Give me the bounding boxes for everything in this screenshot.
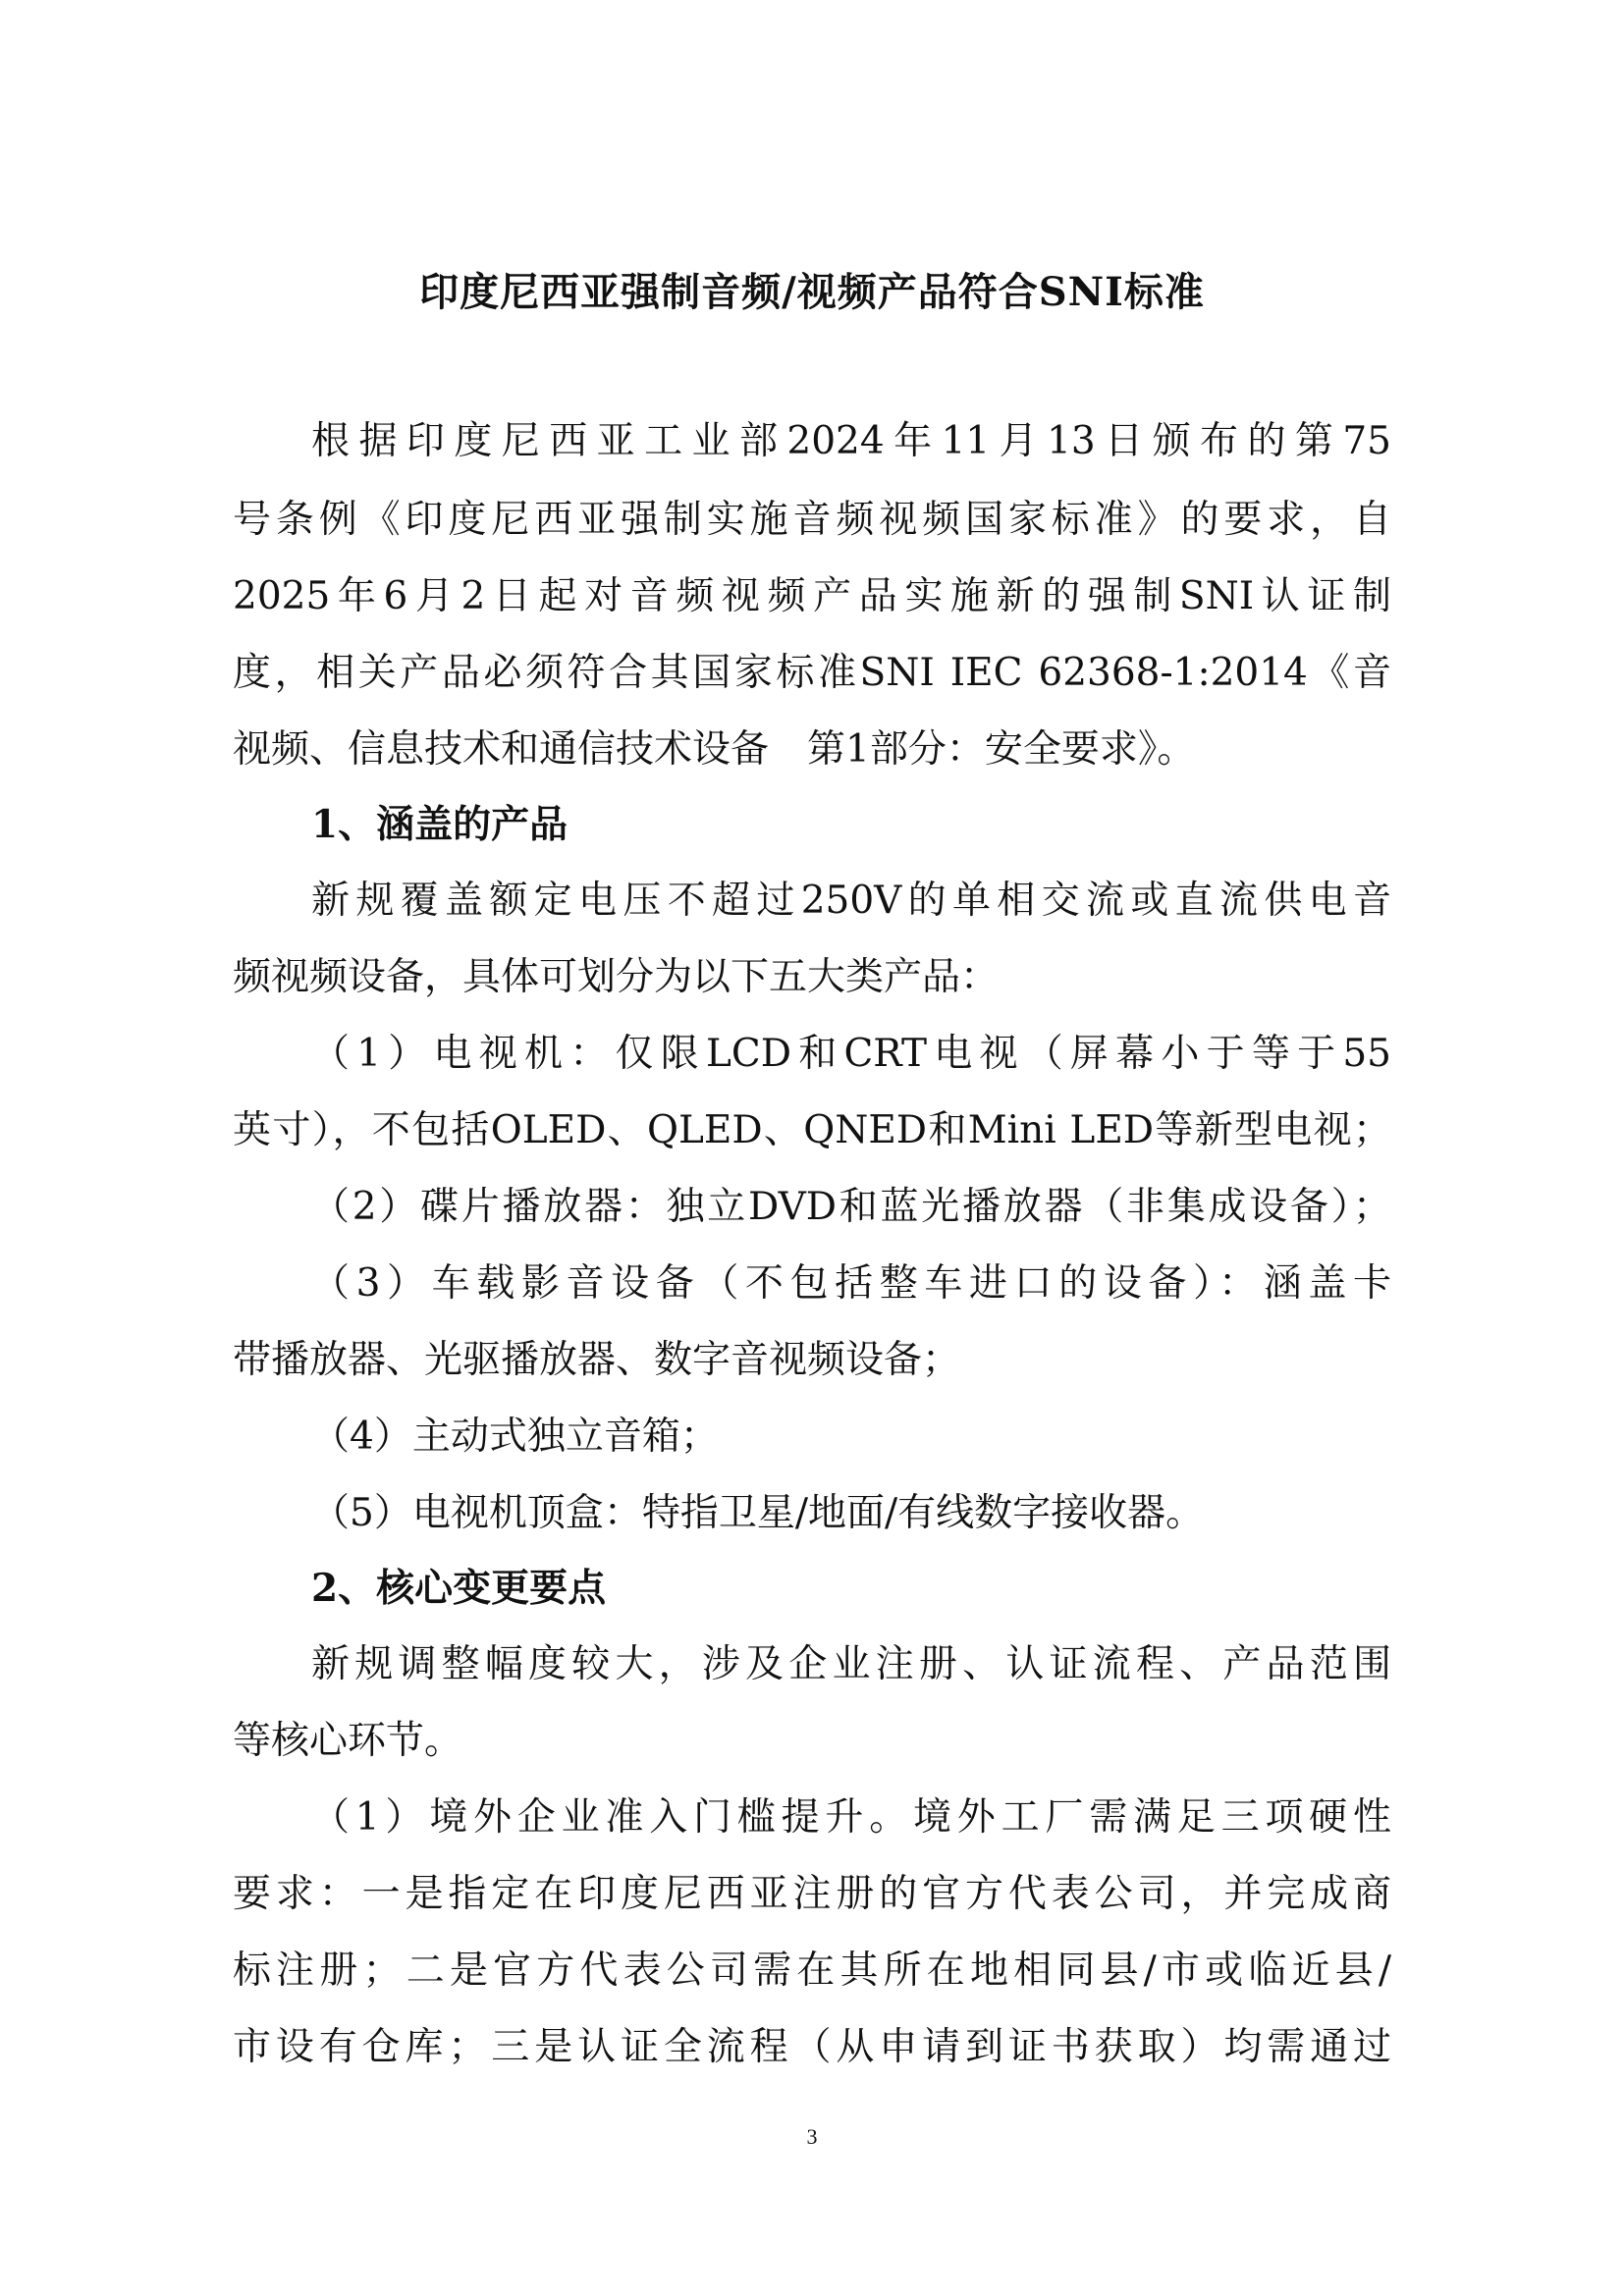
paragraph-line: 标注册；二是官方代表公司需在其所在地相同县/市或临近县/ bbox=[233, 1944, 1391, 1999]
paragraph-line: 等核心环节。 bbox=[233, 1714, 1391, 1769]
list-item-line: 英寸），不包括OLED、QLED、QNED和Mini LED等新型电视； bbox=[233, 1103, 1391, 1158]
paragraph-line: 2025年6月2日起对音频视频产品实施新的强制SNI认证制 bbox=[233, 569, 1391, 624]
paragraph-line: （1）境外企业准入门槛提升。境外工厂需满足三项硬性 bbox=[311, 1790, 1391, 1845]
paragraph-line: 要求：一是指定在印度尼西亚注册的官方代表公司，并完成商 bbox=[233, 1867, 1391, 1922]
list-item-line: （4）主动式独立音箱； bbox=[311, 1410, 1391, 1465]
paragraph-line: 市设有仓库；三是认证全流程（从申请到证书获取）均需通过 bbox=[233, 2020, 1391, 2075]
list-item-line: 带播放器、光驱播放器、数字音视频设备； bbox=[233, 1333, 1391, 1388]
paragraph-line: 根据印度尼西亚工业部2024年11月13日颁布的第75 bbox=[311, 414, 1391, 469]
document-page: 印度尼西亚强制音频/视频产品符合SNI标准 根据印度尼西亚工业部2024年11月… bbox=[0, 0, 1624, 2296]
list-item-line: （3）车载影音设备（不包括整车进口的设备）：涵盖卡 bbox=[311, 1256, 1391, 1311]
section-heading-core-changes: 2、核心变更要点 bbox=[311, 1561, 1391, 1616]
paragraph-line: 新规调整幅度较大，涉及企业注册、认证流程、产品范围 bbox=[311, 1637, 1391, 1692]
paragraph-line: 度，相关产品必须符合其国家标准SNI IEC 62368-1:2014《音 bbox=[233, 646, 1391, 701]
page-number: 3 bbox=[0, 2122, 1624, 2152]
list-item-line: （1）电视机：仅限LCD和CRT电视（屏幕小于等于55 bbox=[311, 1027, 1391, 1082]
section-heading-covered-products: 1、涵盖的产品 bbox=[311, 797, 1391, 852]
paragraph-line: 视频、信息技术和通信技术设备 第1部分：安全要求》。 bbox=[233, 722, 1391, 777]
list-item-line: （5）电视机顶盒：特指卫星/地面/有线数字接收器。 bbox=[311, 1486, 1391, 1541]
paragraph-line: 新规覆盖额定电压不超过250V的单相交流或直流供电音 bbox=[311, 874, 1391, 929]
document-title: 印度尼西亚强制音频/视频产品符合SNI标准 bbox=[0, 263, 1624, 322]
paragraph-line: 号条例《印度尼西亚强制实施音频视频国家标准》的要求，自 bbox=[233, 493, 1391, 548]
paragraph-line: 频视频设备，具体可划分为以下五大类产品： bbox=[233, 950, 1391, 1005]
list-item-line: （2）碟片播放器：独立DVD和蓝光播放器（非集成设备）； bbox=[311, 1180, 1391, 1235]
